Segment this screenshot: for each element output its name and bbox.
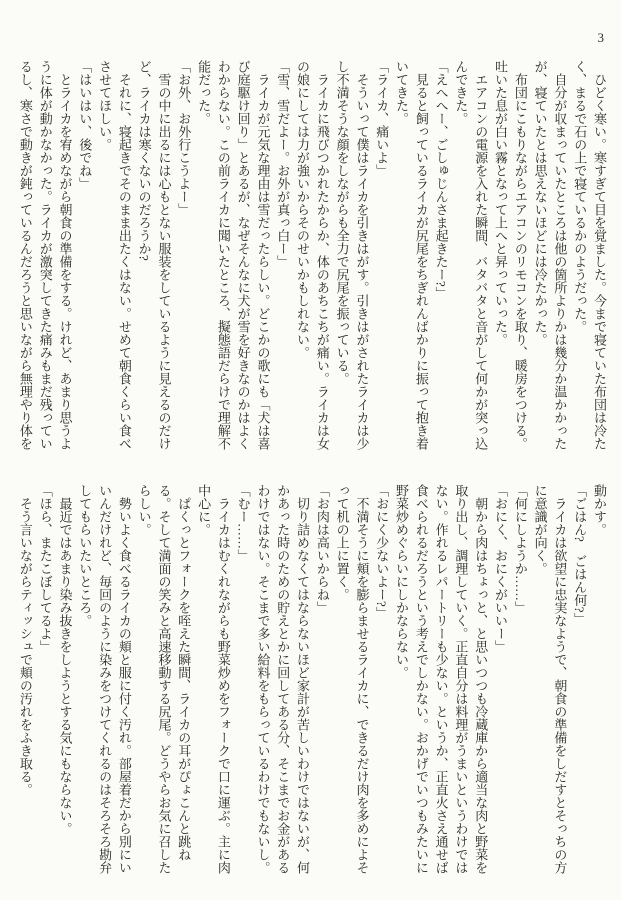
paragraph: とライカを宥めながら朝食の準備をする。けれど、あまり思うように体が動かなかった。… — [15, 60, 74, 454]
paragraph: 「お肉は高いからね」 — [312, 484, 332, 878]
text-block-bottom: 動かす。「ごはん? ごはん何?」ライカは欲望に忠実なようで、朝食の準備をしだすと… — [11, 484, 609, 878]
paragraph: 見ると飼っているライカが尻尾をちぎれんばかりに振って抱き着いてきた。 — [391, 60, 431, 454]
paragraph: 「雪、雪だよー。お外が真っ白ー」 — [272, 60, 292, 454]
page-number: 3 — [598, 31, 605, 44]
paragraph: 「ごはん? ごはん何?」 — [569, 484, 589, 878]
paragraph: 雪の中に出るには心もとない服装をしているように見えるのだけど、ライカは寒くないの… — [134, 60, 174, 454]
paragraph: 切り詰めなくてはならないほど家計が苦しいわけではないが、何かあった時のための貯え… — [253, 484, 312, 878]
paragraph: 「はいはい、後でね」 — [74, 60, 94, 454]
text-block-top: ひどく寒い。寒すぎて目を覚ました。今まで寝ていた布団は冷たく、まるで石の上で寝て… — [11, 60, 609, 454]
paragraph: 「おにく、おにくがいいー」 — [490, 484, 510, 878]
paragraph: 「おにく少ないよー?」 — [371, 484, 391, 878]
paragraph: 「何にしようか……」 — [510, 484, 530, 878]
paragraph: ぱくっとフォークを咥えた瞬間、ライカの耳がぴょこんと跳ねる。そして満面の笑みと高… — [134, 484, 193, 878]
paragraph: 最近ではあまり染み抜きをしようとする気にもならない。 — [55, 484, 75, 878]
paragraph: 「むー……」 — [233, 484, 253, 878]
paragraph: それに、寝起きでそのまま出たくはない。せめて朝食くらい食べさせてほしい。 — [94, 60, 134, 454]
paragraph: エアコンの電源を入れた瞬間、バタバタと音がして何かが突っ込んできた。 — [451, 60, 491, 454]
paragraph: ひどく寒い。寒すぎて目を覚ました。今まで寝ていた布団は冷たく、まるで石の上で寝て… — [569, 60, 609, 454]
paragraph: 朝から肉はちょっと、と思いつつも冷蔵庫から適当な肉と野菜を取り出し、調理していく… — [391, 484, 490, 878]
paragraph: ライカが元気な理由は雪だったらしい。どこかの歌にも「犬は喜び庭駆け回り」とあるが… — [193, 60, 272, 454]
paragraph: 不満そうに頬を膨らませるライカに、できるだけ肉を多めによそって机の上に置く。 — [332, 484, 372, 878]
paragraph: 動かす。 — [589, 484, 609, 878]
paragraph: ライカはむくれながらも野菜炒めをフォークで口に運ぶ。主に肉中心に。 — [193, 484, 233, 878]
paragraph: 「えへへー、ごしゅじんさま起きたー?」 — [431, 60, 451, 454]
paragraph: そう言いながらティッシュで頬の汚れをふき取る。 — [15, 484, 35, 878]
paragraph: ライカは欲望に忠実なようで、朝食の準備をしだすとそっちの方に意識が向く。 — [530, 484, 570, 878]
paragraph: ライカに飛びつかれたからか、体のあちこちが痛い。ライカは女の娘にしては力が強いか… — [292, 60, 332, 454]
paragraph: 自分が収まっていたところは他の箇所よりかは幾分か温かかったが、寝ていたとは思えな… — [530, 60, 570, 454]
paragraph: 「ライカ、痛いよ」 — [371, 60, 391, 454]
paragraph: 「ほら、またこぼしてるよ」 — [35, 484, 55, 878]
paragraph: そういって僕はライカを引きはがす。引きはがされたライカは少し不満そうな顔をしなが… — [332, 60, 372, 454]
book-page: 3 ひどく寒い。寒すぎて目を覚ました。今まで寝ていた布団は冷たく、まるで石の上で… — [0, 0, 621, 900]
paragraph: 「お外、お外行こうよー」 — [173, 60, 193, 454]
paragraph: 布団にこもりながらエアコンのリモコンを取り、暖房をつける。吐いた息が白い霧となっ… — [490, 60, 530, 454]
paragraph: 勢いよく食べるライカの頬と服に付く汚れ。部屋着だから別にいいんだけれど、毎回のよ… — [74, 484, 133, 878]
